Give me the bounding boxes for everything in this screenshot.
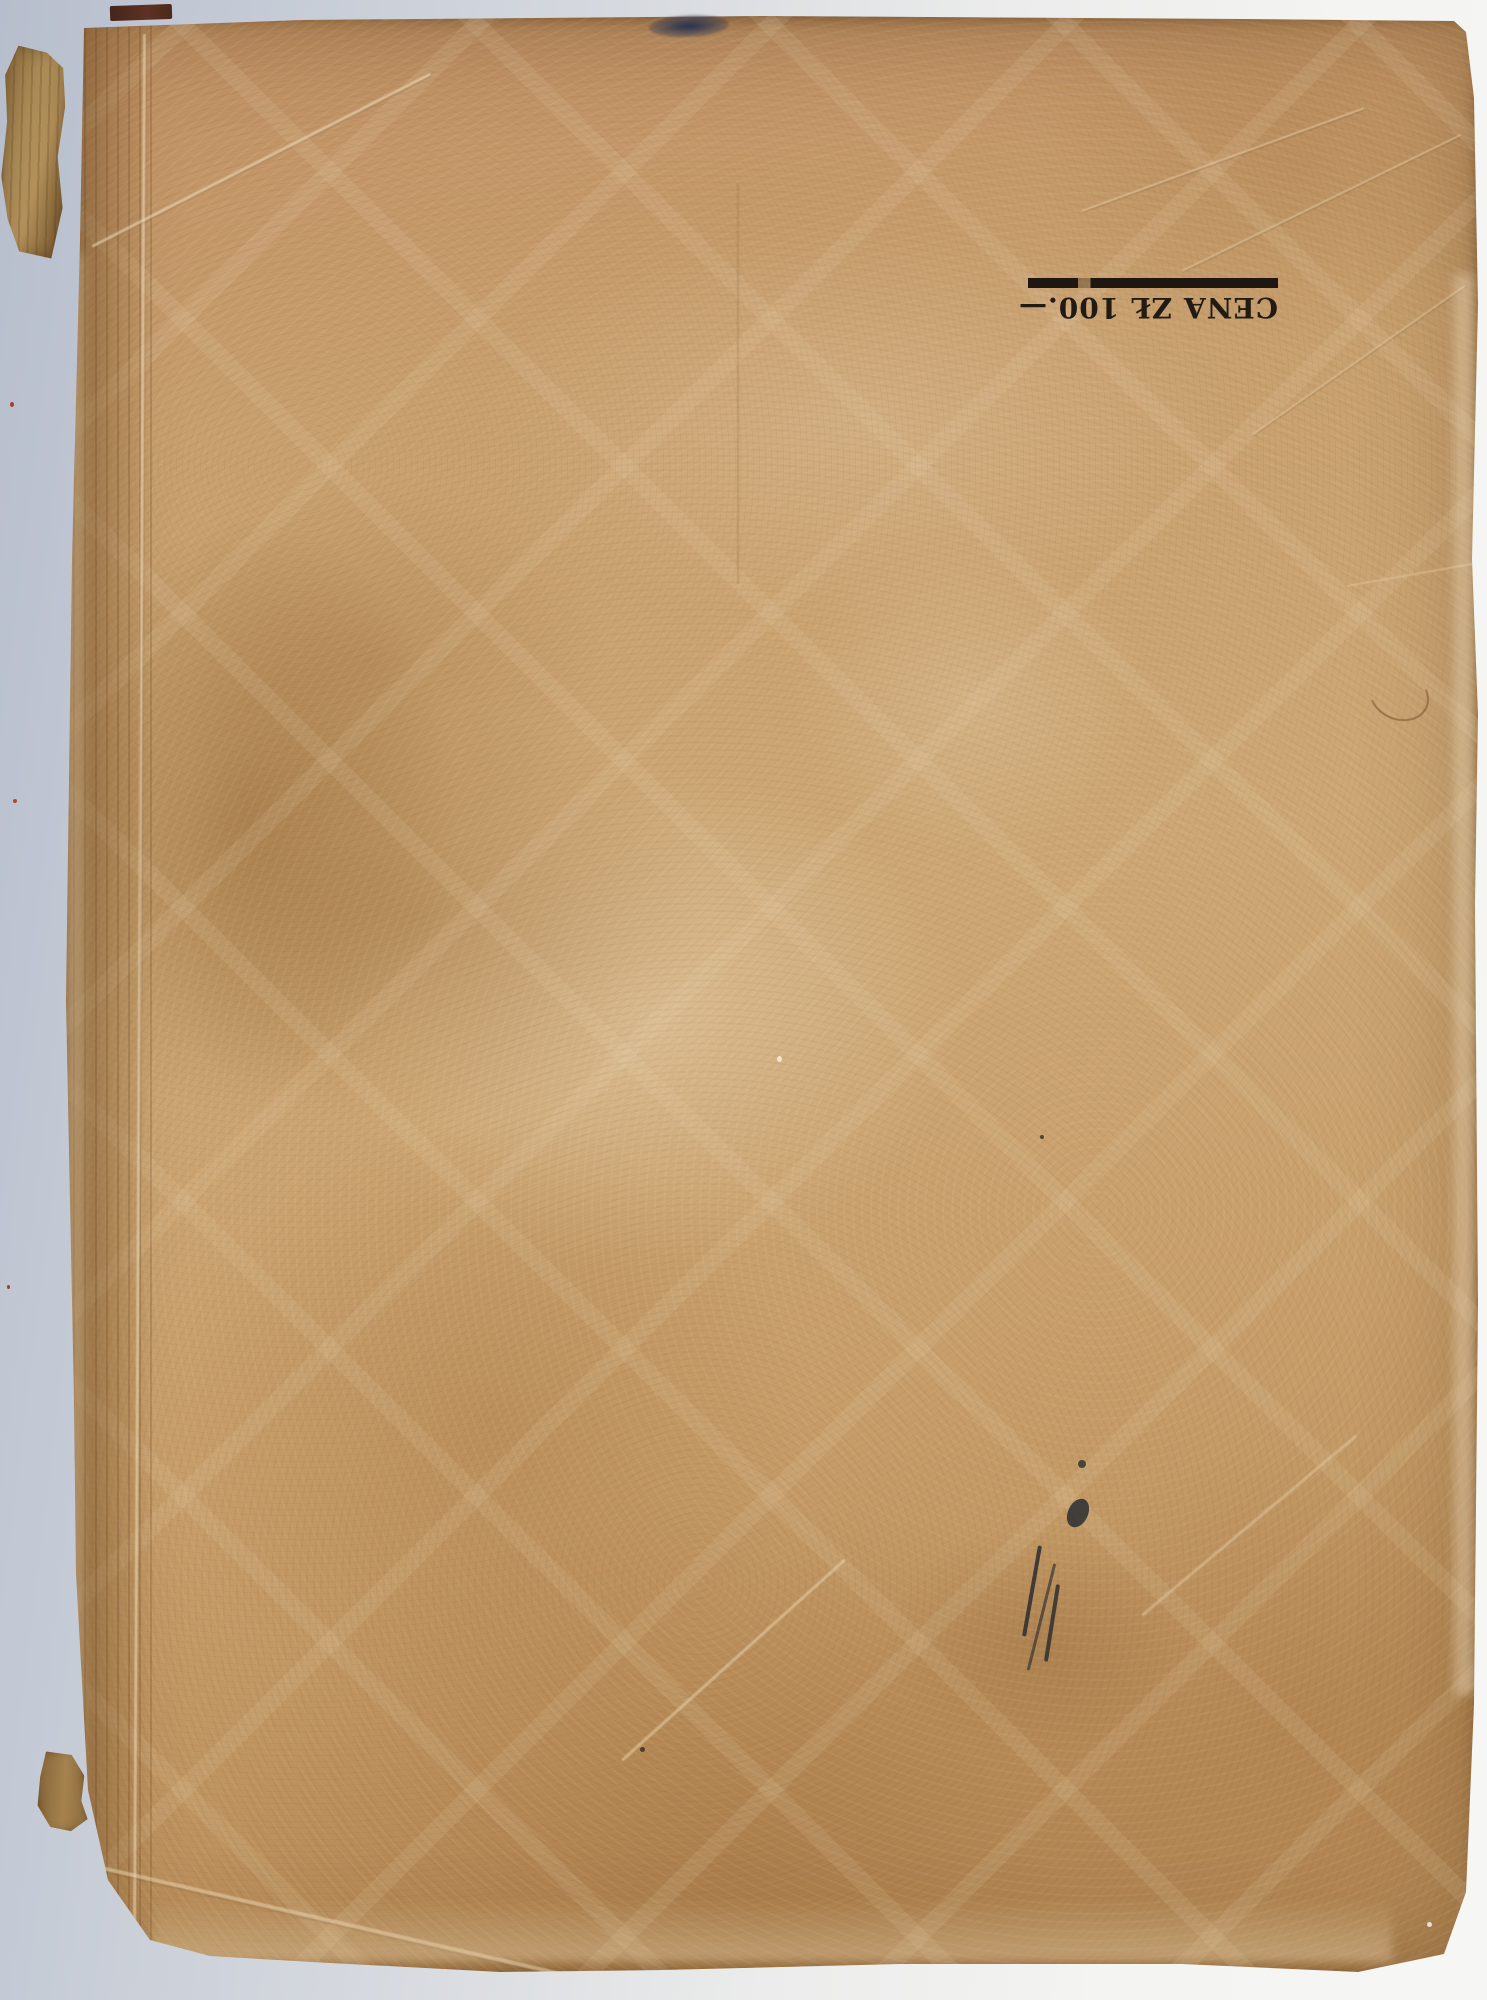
red-speck (10, 402, 14, 407)
ink-dot (1078, 1460, 1086, 1468)
price-stamp-rule (1028, 278, 1278, 288)
red-speck (7, 1285, 10, 1289)
edge-wear-bottom (152, 1899, 1392, 1961)
price-stamp-text: CENA ZŁ 100.— (1028, 290, 1278, 324)
scanned-book-back-cover: CENA ZŁ 100.— (0, 0, 1487, 2000)
paper-chip (1427, 1922, 1432, 1927)
red-speck (13, 799, 17, 803)
dirt-speck (640, 1747, 645, 1752)
dirt-speck (1040, 1135, 1044, 1139)
book-cover: CENA ZŁ 100.— (62, 14, 1480, 1976)
dark-spine-edge-mark (110, 4, 172, 21)
edge-wear-right (1454, 274, 1474, 1694)
paper-chip (777, 1056, 782, 1062)
crease-line (737, 184, 739, 584)
price-stamp: CENA ZŁ 100.— (1028, 278, 1278, 324)
